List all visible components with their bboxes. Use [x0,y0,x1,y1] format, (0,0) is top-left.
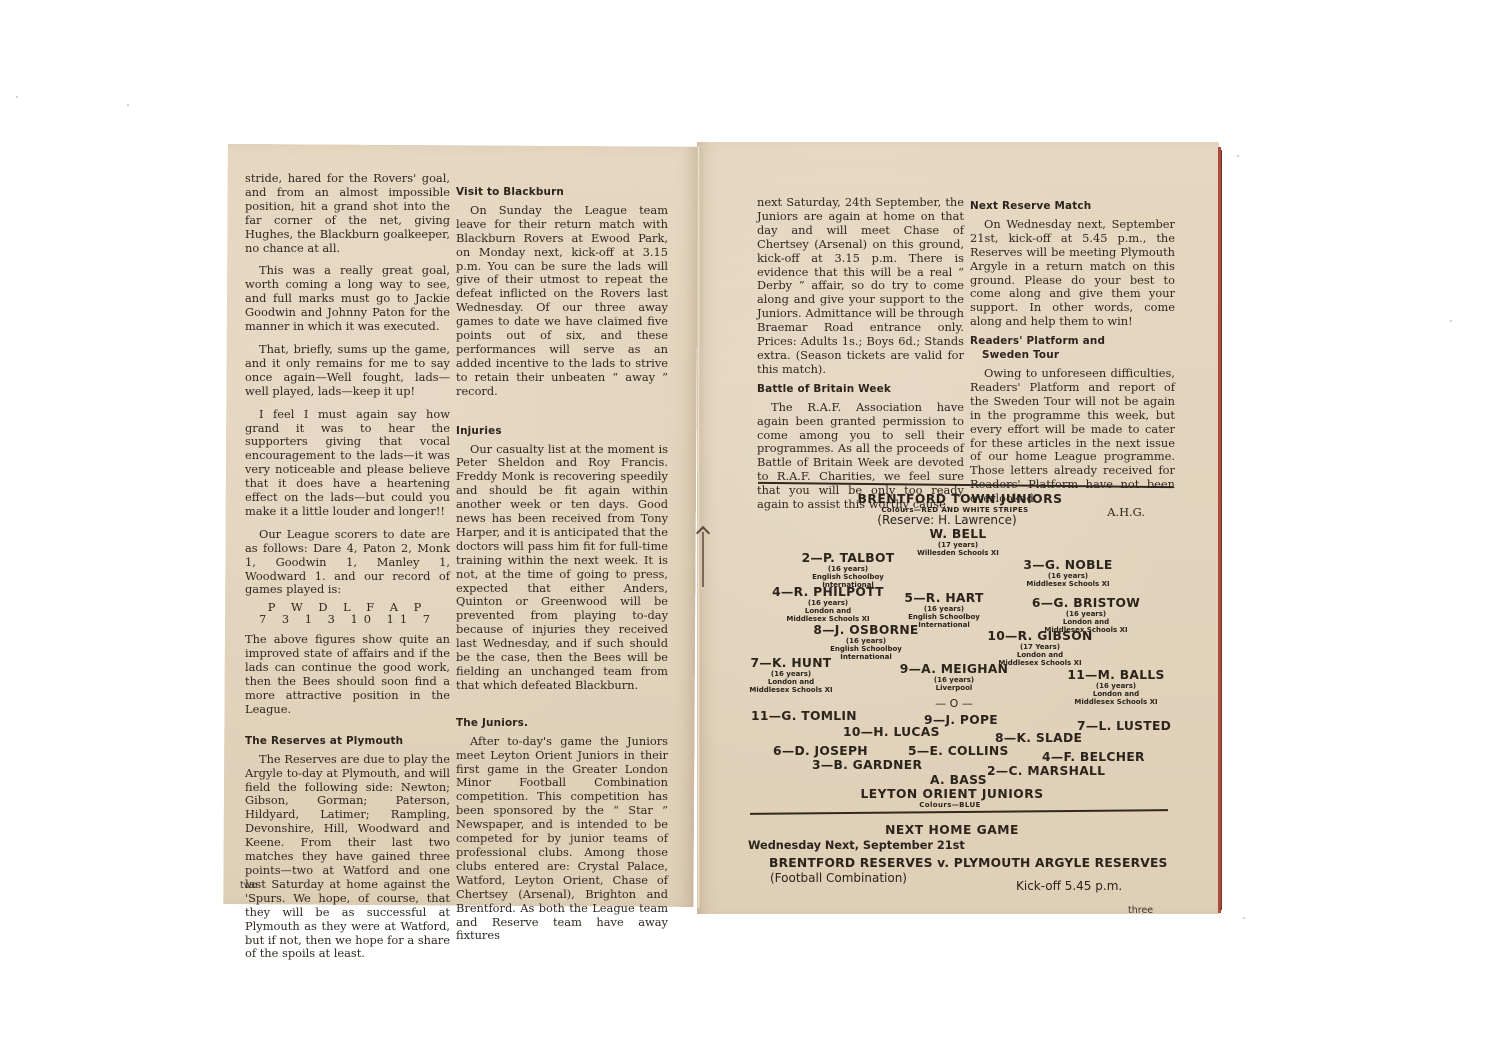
dust-speck [1237,155,1239,157]
programme-spread: stride, hared for the Rovers' goal, and … [0,0,1500,1058]
heading-line-1: Readers' Platform and [970,335,1105,347]
next-home-game-kickoff: Kick-off 5.45 p.m. [1016,879,1122,893]
article-paragraph: Our League scorers to date are as follow… [245,528,450,598]
article-paragraph: next Saturday, 24th September, the Junio… [757,196,964,377]
games-record-table: P W D L F A P 7 3 1 3 10 11 7 [245,601,450,625]
dust-speck [1450,320,1452,322]
away-player: 8—K. SLADE [995,731,1082,745]
dust-speck [16,96,18,98]
article-paragraph: On Wednesday next, September 21st, kick-… [970,218,1175,329]
page-number: two [240,880,257,891]
next-home-game-match: BRENTFORD RESERVES v. PLYMOUTH ARGYLE RE… [769,856,1168,870]
article-paragraph: stride, hared for the Rovers' goal, and … [245,172,450,255]
away-player: A. BASS [930,773,987,787]
section-heading: Battle of Britain Week [757,383,964,397]
right-column-2: Next Reserve Match On Wednesday next, Se… [970,196,1175,520]
next-home-game-competition: (Football Combination) [770,871,907,885]
article-paragraph: The above figures show quite an improved… [245,633,450,716]
player-name: 6—G. BRISTOW [1032,596,1140,610]
player-info: (16 years)London andMiddlesex Schools XI [749,670,832,695]
player-info: (17 years)Willesden Schools XI [917,541,999,557]
player-name: W. BELL [917,527,999,541]
section-heading: Readers' Platform and Sweden Tour [970,335,1175,363]
left-column-2: Visit to Blackburn On Sunday the League … [456,180,668,952]
article-paragraph: The Reserves are due to play the Argyle … [245,753,450,962]
staple-icon [702,532,710,587]
next-home-game-date: Wednesday Next, September 21st [748,839,965,852]
article-paragraph: On Sunday the League team leave for thei… [456,204,668,399]
player-name: 3—G. NOBLE [1023,558,1112,572]
home-player: 4—R. PHILPOTT(16 years)London andMiddles… [772,585,884,624]
spine [697,146,700,908]
next-home-game-title: NEXT HOME GAME [885,823,1019,837]
dust-speck [127,104,129,106]
section-heading: The Juniors. [456,717,668,731]
player-info: (16 years)London andMiddlesex Schools XI [772,599,884,624]
player-info: (16 years)Liverpool [900,676,1009,692]
player-name: 10—R. GIBSON [987,629,1092,643]
section-heading: Injuries [456,425,668,439]
away-player: 2—C. MARSHALL [987,764,1105,778]
section-heading: The Reserves at Plymouth [245,735,450,749]
dust-speck [1243,917,1245,919]
article-paragraph: I feel I must again say how grand it was… [245,408,450,519]
player-name: 4—R. PHILPOTT [772,585,884,599]
player-name: 5—R. HART [904,591,983,605]
player-name: 2—P. TALBOT [802,551,895,565]
away-team-name: LEYTON ORIENT JUNIORS [860,787,1043,801]
home-player: 7—K. HUNT(16 years)London andMiddlesex S… [749,656,832,695]
left-column-1: stride, hared for the Rovers' goal, and … [245,172,450,970]
away-player: 11—G. TOMLIN [751,709,857,723]
player-name: 7—K. HUNT [749,656,832,670]
heading-line-2: Sweden Tour [970,349,1175,363]
home-player: 2—P. TALBOT(16 years)English SchoolboyIn… [802,551,895,590]
section-heading: Visit to Blackburn [456,186,668,200]
player-name: 11—M. BALLS [1067,668,1164,682]
article-paragraph: That, briefly, sums up the game, and it … [245,343,450,399]
home-player: 3—G. NOBLE(16 years)Middlesex Schools XI [1023,558,1112,588]
page-number: three [1128,905,1153,916]
player-name: 9—A. MEIGHAN [900,662,1009,676]
article-paragraph: Our casualty list at the moment is Peter… [456,443,668,693]
article-paragraph: This was a really great goal, worth comi… [245,264,450,334]
away-player: 6—D. JOSEPH [773,744,868,758]
home-player: W. BELL(17 years)Willesden Schools XI [917,527,999,557]
section-heading: Next Reserve Match [970,200,1175,214]
away-player: 7—L. LUSTED [1077,719,1171,733]
away-player: 3—B. GARDNER [812,758,922,772]
record-values: 7 3 1 3 10 11 7 [245,613,450,625]
cover-edge-shadow [1221,150,1222,910]
player-info: (16 years)Middlesex Schools XI [1023,572,1112,588]
article-paragraph: After to-day's game the Juniors meet Ley… [456,735,668,944]
right-column-1: next Saturday, 24th September, the Junio… [757,196,964,521]
player-info: (16 years)London andMiddlesex Schools XI [1067,682,1164,707]
team-divider: — O — [935,697,973,710]
away-player: 4—F. BELCHER [1042,750,1145,764]
away-player: 10—H. LUCAS [843,725,940,739]
home-player: 11—M. BALLS(16 years)London andMiddlesex… [1067,668,1164,707]
home-player: 9—A. MEIGHAN(16 years)Liverpool [900,662,1009,692]
player-name: 8—J. OSBORNE [813,623,918,637]
away-team-colours: Colours—BLUE [919,801,981,809]
away-player: 5—E. COLLINS [908,744,1009,758]
home-team-reserve: (Reserve: H. Lawrence) [877,513,1016,527]
home-team-name: BRENTFORD TOWN JUNIORS [858,492,1063,506]
